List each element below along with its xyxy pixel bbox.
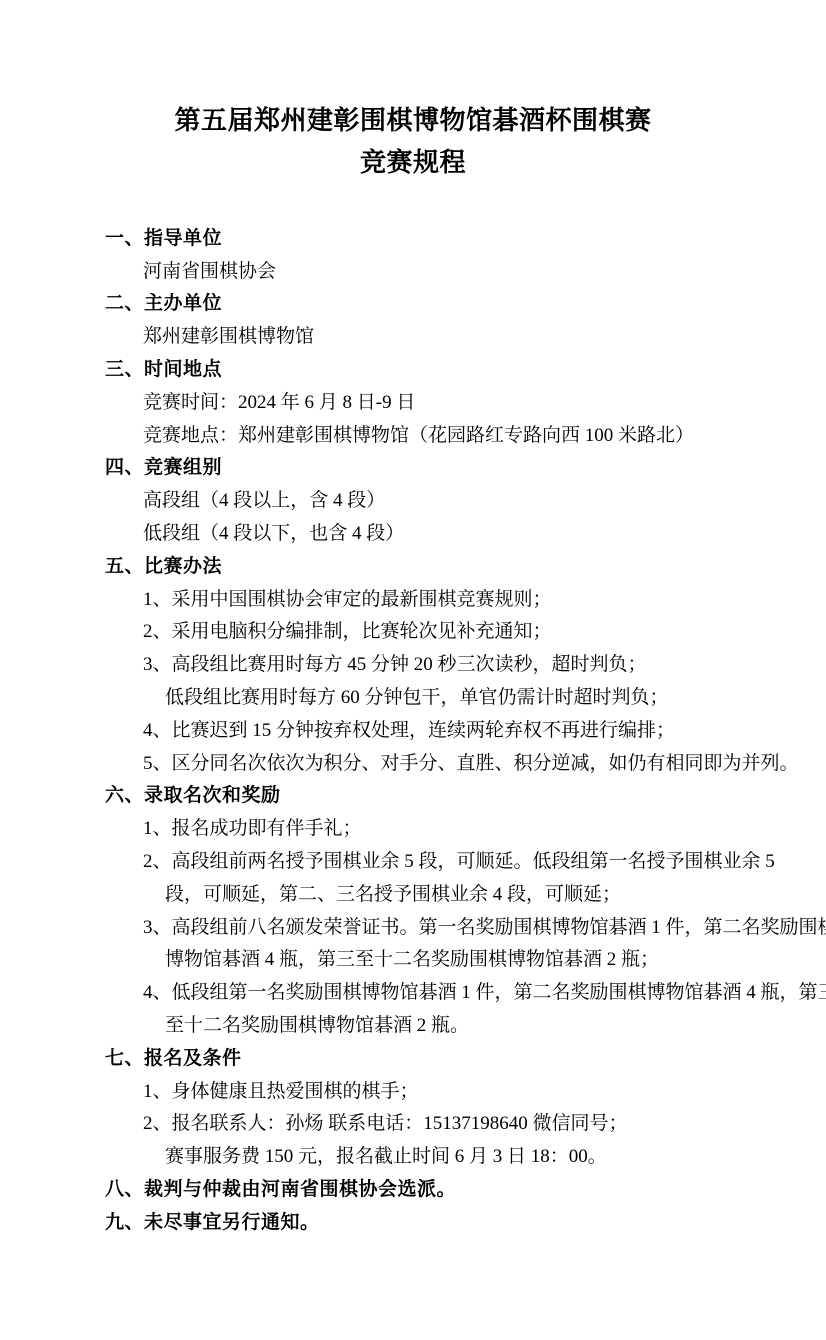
section-6-heading: 六、录取名次和奖励 <box>105 778 786 811</box>
section-9-heading: 九、未尽事宜另行通知。 <box>105 1204 786 1237</box>
section-4-line-low: 低段组（4 段以下，也含 4 段） <box>143 515 786 548</box>
section-7-heading: 七、报名及条件 <box>105 1040 786 1073</box>
section-6-item-2: 2、高段组前两名授予围棋业余 5 段，可顺延。低段组第一名授予围棋业余 5 <box>143 843 786 876</box>
section-2-heading: 二、主办单位 <box>105 286 786 319</box>
section-5-item-3: 3、高段组比赛用时每方 45 分钟 20 秒三次读秒，超时判负； <box>143 646 786 679</box>
section-4-heading: 四、竞赛组别 <box>105 450 786 483</box>
section-7-item-1: 1、身体健康且热爱围棋的棋手； <box>143 1073 786 1106</box>
section-8-heading: 八、裁判与仲裁由河南省围棋协会选派。 <box>105 1171 786 1204</box>
section-6-item-4-cont: 至十二名奖励围棋博物馆碁酒 2 瓶。 <box>165 1007 786 1040</box>
section-5-item-4: 4、比赛迟到 15 分钟按弃权处理，连续两轮弃权不再进行编排； <box>143 712 786 745</box>
section-3-line-place: 竞赛地点：郑州建彰围棋博物馆（花园路红专路向西 100 米路北） <box>143 417 786 450</box>
section-6-item-2-cont: 段，可顺延，第二、三名授予围棋业余 4 段，可顺延； <box>165 876 786 909</box>
section-6-item-4: 4、低段组第一名奖励围棋博物馆碁酒 1 件，第二名奖励围棋博物馆碁酒 4 瓶，第… <box>143 974 786 1007</box>
section-6-item-3-cont: 博物馆碁酒 4 瓶，第三至十二名奖励围棋博物馆碁酒 2 瓶； <box>165 942 786 975</box>
section-6-item-1: 1、报名成功即有伴手礼； <box>143 810 786 843</box>
page-title: 第五届郑州建彰围棋博物馆碁酒杯围棋赛 <box>0 100 826 142</box>
section-2-line: 郑州建彰围棋博物馆 <box>143 318 786 351</box>
document-body: 一、指导单位 河南省围棋协会 二、主办单位 郑州建彰围棋博物馆 三、时间地点 竞… <box>0 220 826 1237</box>
section-7-item-2-cont: 赛事服务费 150 元，报名截止时间 6 月 3 日 18：00。 <box>165 1138 786 1171</box>
section-5-item-1: 1、采用中国围棋协会审定的最新围棋竞赛规则； <box>143 581 786 614</box>
document-page: 第五届郑州建彰围棋博物馆碁酒杯围棋赛 竞赛规程 一、指导单位 河南省围棋协会 二… <box>0 0 826 1340</box>
section-6-item-3: 3、高段组前八名颁发荣誉证书。第一名奖励围棋博物馆碁酒 1 件，第二名奖励围棋 <box>143 909 786 942</box>
section-5-item-2: 2、采用电脑积分编排制，比赛轮次见补充通知； <box>143 614 786 647</box>
section-7-item-2: 2、报名联系人：孙炀 联系电话：15137198640 微信同号； <box>143 1106 786 1139</box>
section-1-heading: 一、指导单位 <box>105 220 786 253</box>
page-subtitle: 竞赛规程 <box>0 142 826 184</box>
section-4-line-high: 高段组（4 段以上，含 4 段） <box>143 482 786 515</box>
section-5-item-5: 5、区分同名次依次为积分、对手分、直胜、积分逆减，如仍有相同即为并列。 <box>143 745 786 778</box>
title-block: 第五届郑州建彰围棋博物馆碁酒杯围棋赛 竞赛规程 <box>0 0 826 184</box>
section-1-line: 河南省围棋协会 <box>143 253 786 286</box>
section-3-line-time: 竞赛时间：2024 年 6 月 8 日-9 日 <box>143 384 786 417</box>
section-3-heading: 三、时间地点 <box>105 351 786 384</box>
section-5-item-3-cont: 低段组比赛用时每方 60 分钟包干，单官仍需计时超时判负； <box>165 679 786 712</box>
section-5-heading: 五、比赛办法 <box>105 548 786 581</box>
